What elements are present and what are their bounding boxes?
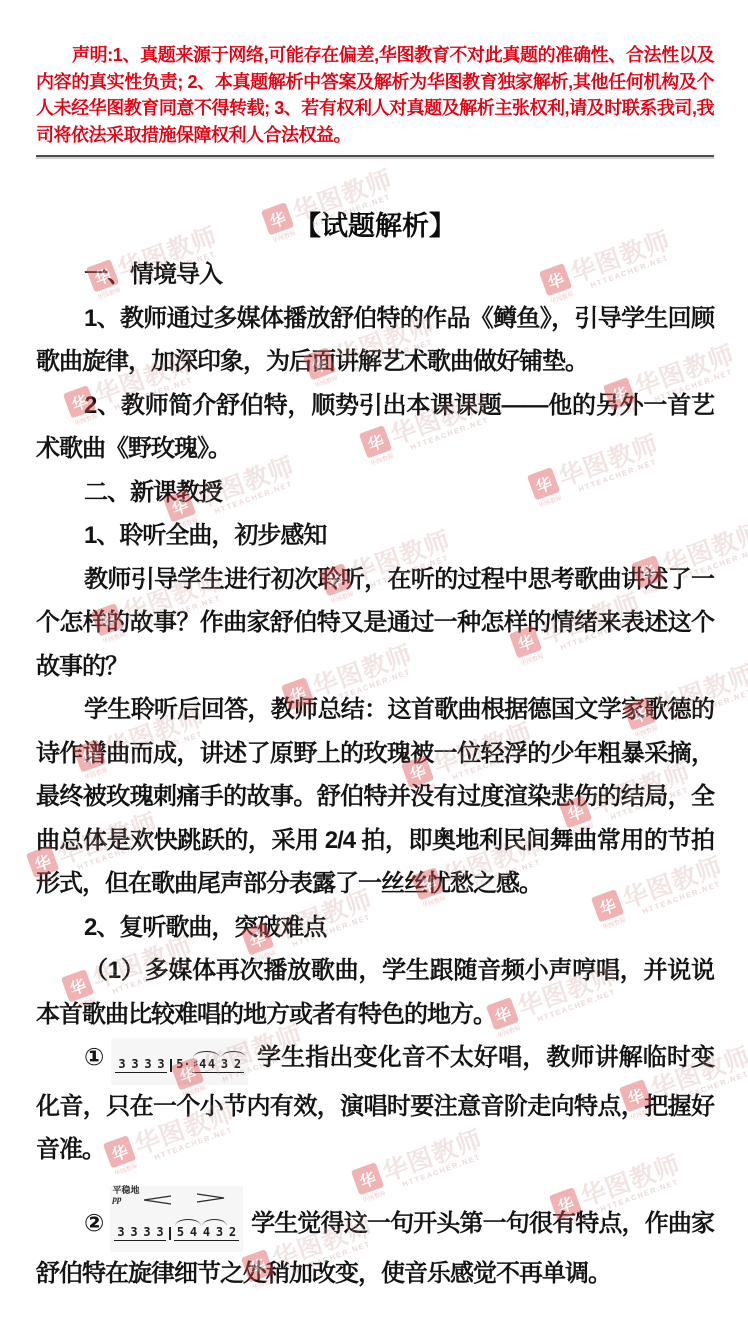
section-heading-1: 一、情境导入 — [36, 253, 714, 297]
disclaimer-text: 声明:1、真题来源于网络,可能存在偏差,华图教育不对此真题的准确性、合法性以及内… — [36, 42, 714, 148]
slur-arc — [221, 1051, 246, 1058]
slur-arc — [175, 1219, 201, 1226]
notation-1-group-a: 3333 — [115, 1057, 167, 1073]
paragraph-notation-2: ②平稳地pp333354432学生觉得这一句开头第一句很有特点，作曲家舒伯特在旋… — [36, 1186, 714, 1296]
barline — [169, 1227, 171, 1240]
document-content: 声明:1、真题来源于网络,可能存在偏差,华图教育不对此真题的准确性、合法性以及内… — [0, 0, 748, 1296]
slur-arc — [202, 1219, 227, 1226]
section-heading-2: 二、新课教授 — [36, 471, 714, 515]
paragraph-lead-in-2: 2、教师简介舒伯特，顺势引出本课课题——他的另外一首艺术歌曲《野玫瑰》。 — [36, 384, 714, 471]
page-title: 【试题解析】 — [36, 204, 714, 243]
circled-2-marker: ② — [84, 1210, 104, 1237]
slur-arc — [193, 1051, 220, 1058]
music-notation-2: 平稳地pp333354432 — [110, 1186, 243, 1253]
notation-2-group-b: 54432 — [174, 1225, 239, 1241]
paragraph-lead-in-1: 1、教师通过多媒体播放舒伯特的作品《鳟鱼》，引导学生回顾歌曲旋律，加深印象，为后… — [36, 297, 714, 384]
paragraph-relisten-heading: 2、复听歌曲，突破难点 — [36, 906, 714, 950]
barline — [170, 1059, 172, 1072]
document-page: 华华图教师华图教师HTTEACHER.NET华华图教师华图教师HTTEACHER… — [0, 0, 748, 1335]
paragraph-relisten-detail: （1）多媒体再次播放歌曲，学生跟随音频小声哼唱，并说说本首歌曲比较难唱的地方或者… — [36, 949, 714, 1036]
crescendo-hairpin-icon — [142, 1195, 172, 1205]
circled-1-marker: ① — [84, 1044, 105, 1071]
notation-1-group-b: 5·♯4432 — [175, 1057, 244, 1073]
paragraph-teacher-summary: 学生聆听后回答，教师总结：这首歌曲根据德国文学家歌德的诗作谱曲而成，讲述了原野上… — [36, 688, 714, 906]
paragraph-notation-1: ①33335·♯4432学生指出变化音不太好唱，教师讲解临时变化音，只在一个小节… — [36, 1036, 714, 1172]
separator-line — [36, 155, 714, 157]
paragraph-listen-heading: 1、聆听全曲，初步感知 — [36, 514, 714, 558]
notation-2-group-a: 3333 — [114, 1225, 166, 1241]
music-notation-1: 33335·♯4432 — [111, 1038, 248, 1085]
tempo-marking: 平稳地pp — [112, 1186, 139, 1204]
decrescendo-hairpin-icon — [196, 1193, 226, 1203]
paragraph-first-listen: 教师引导学生进行初次聆听，在听的过程中思考歌曲讲述了一个怎样的故事？作曲家舒伯特… — [36, 558, 714, 689]
